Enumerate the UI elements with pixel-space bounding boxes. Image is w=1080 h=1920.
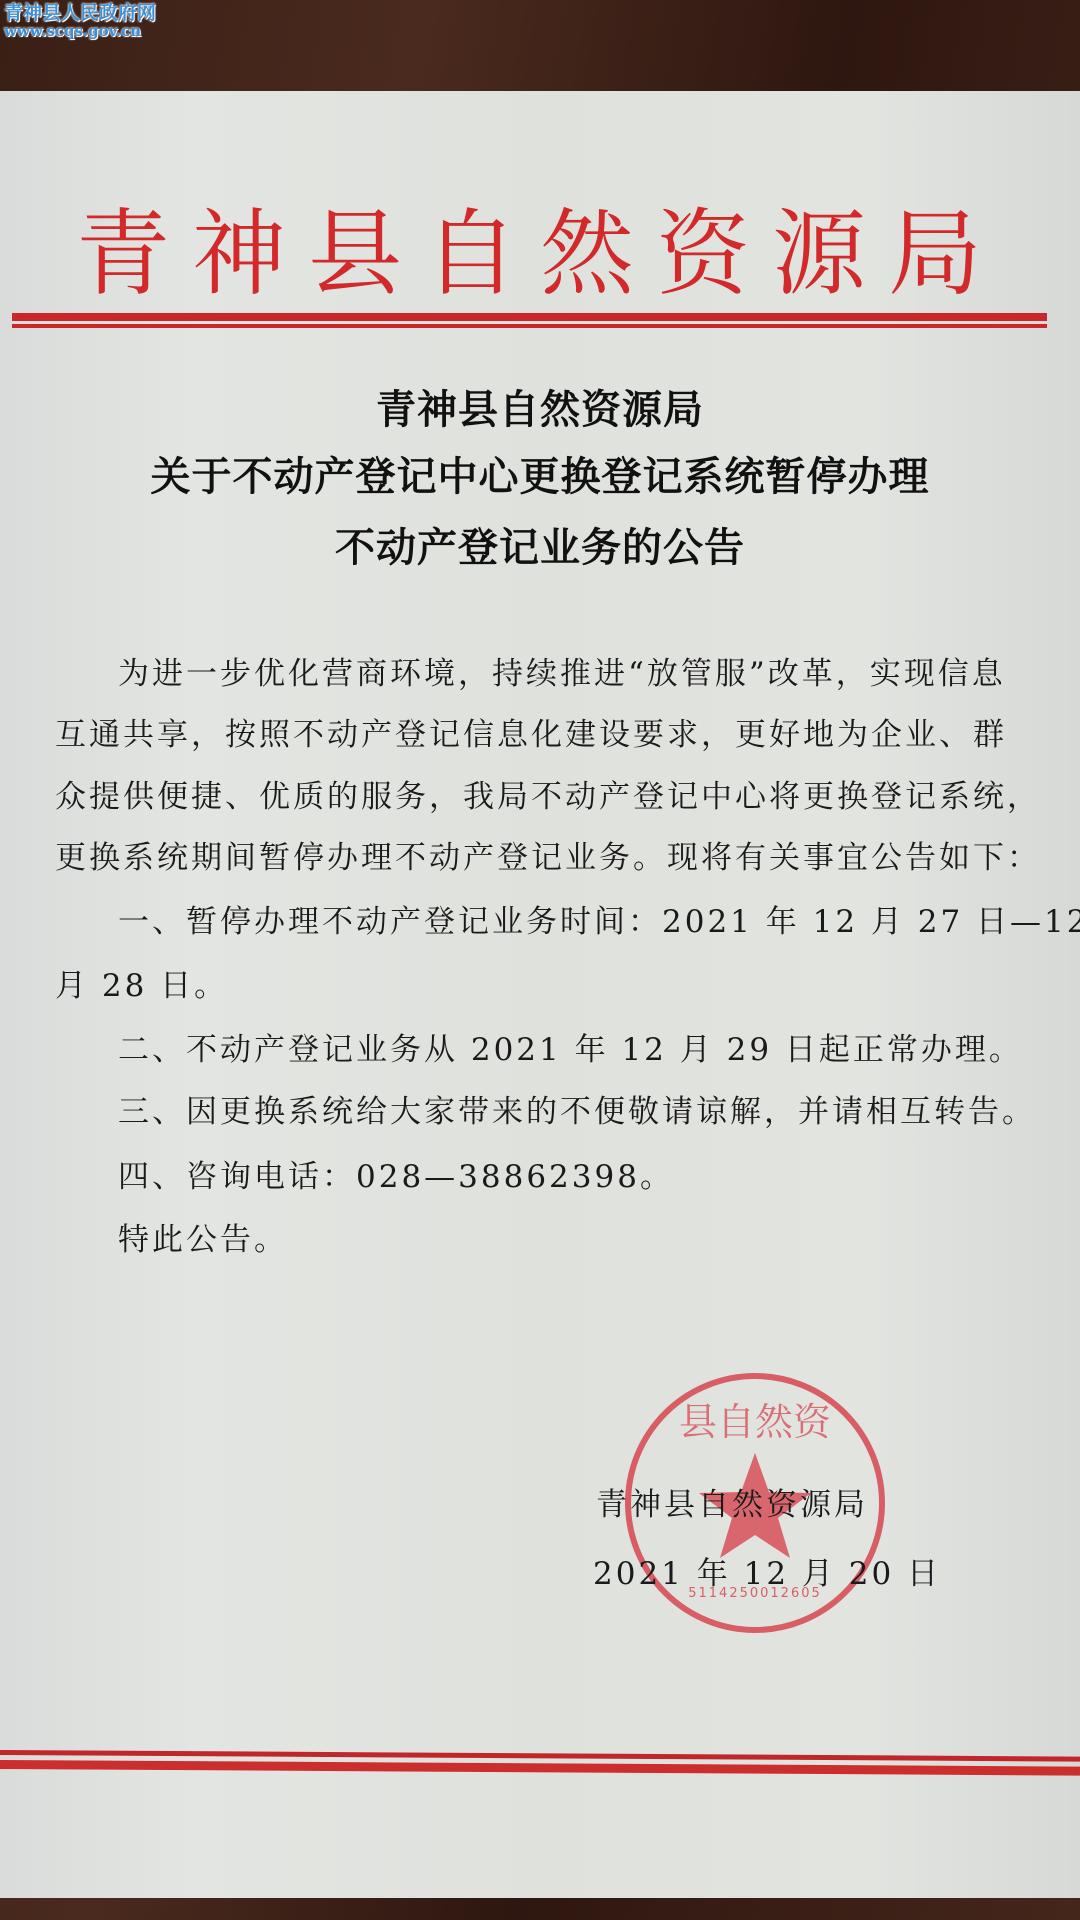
masthead-rule-thick — [12, 313, 1047, 321]
document-title-line-3: 不动产登记业务的公告 — [0, 516, 1080, 573]
signature-organization: 青神县自然资源局 — [596, 1479, 868, 1524]
masthead-rule-thin — [12, 324, 1047, 328]
document-title-line-1: 青神县自然资源局 — [0, 378, 1080, 435]
item-one-continued: 月 28 日。 — [55, 964, 1025, 1008]
red-masthead: 青神县自然资源局 — [0, 200, 1080, 310]
body-line: 为进一步优化营商环境，持续推进“放管服”改革，实现信息 — [118, 652, 1080, 696]
item-four-phone: 四、咨询电话：028—38862398。 — [118, 1155, 1080, 1199]
watermark-url: www.scqs.gov.cn — [4, 22, 156, 40]
watermark-site-name: 青神县人民政府网 — [4, 4, 156, 22]
signature-date: 2021 年 12 月 20 日 — [593, 1548, 941, 1593]
document-title-line-2: 关于不动产登记中心更换登记系统暂停办理 — [0, 445, 1080, 502]
item-two: 二、不动产登记业务从 2021 年 12 月 29 日起正常办理。 — [118, 1028, 1080, 1072]
closing-line: 特此公告。 — [118, 1218, 1080, 1262]
body-line: 互通共享，按照不动产登记信息化建设要求，更好地为企业、群 — [55, 713, 1025, 757]
svg-text:县自然资: 县自然资 — [679, 1400, 832, 1444]
item-three: 三、因更换系统给大家带来的不便敬请谅解，并请相互转告。 — [118, 1090, 1080, 1134]
body-line: 更换系统期间暂停办理不动产登记业务。现将有关事宜公告如下： — [55, 836, 1025, 880]
body-line: 众提供便捷、优质的服务，我局不动产登记中心将更换登记系统， — [55, 775, 1025, 819]
site-watermark: 青神县人民政府网 www.scqs.gov.cn — [4, 4, 156, 40]
item-one-line: 一、暂停办理不动产登记业务时间：2021 年 12 月 27 日—12 — [118, 900, 1080, 944]
